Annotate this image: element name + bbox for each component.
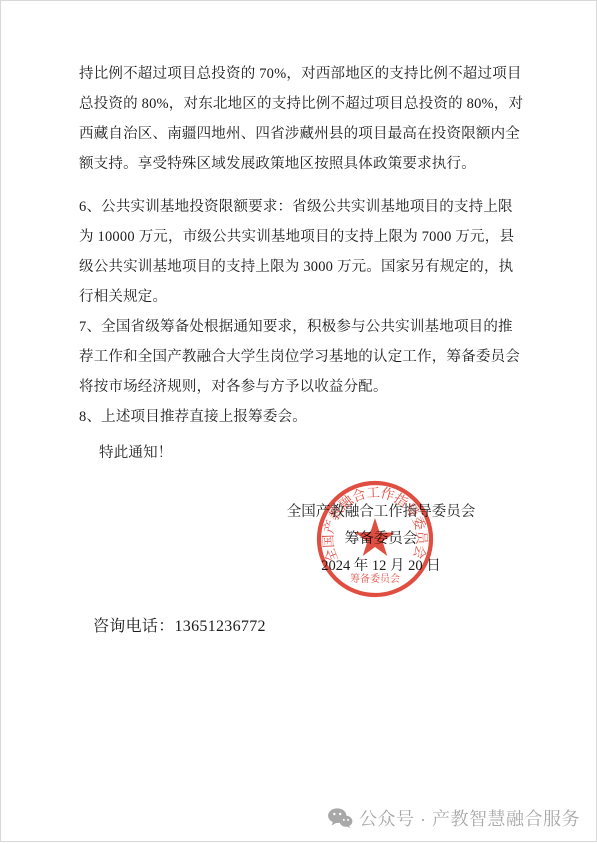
document-line: 为 10000 万元，市级公共实训基地项目的支持上限为 7000 万元，县 xyxy=(79,222,524,252)
document-line: 7、全国省级筹备处根据通知要求，积极参与公共实训基地项目的推 xyxy=(79,312,524,342)
official-seal: 全国产教融合工作指导委员会 筹备委员会 xyxy=(315,479,435,599)
document-line: 8、上述项目推荐直接上报筹委会。 xyxy=(79,402,524,432)
footer-watermark: 公众号 · 产教智慧融合服务 xyxy=(1,795,596,841)
document-body: 持比例不超过项目总投资的 70%，对西部地区的支持比例不超过项目总投资的 80%… xyxy=(79,59,524,468)
footer-watermark-text: 公众号 · 产教智慧融合服务 xyxy=(359,805,580,831)
document-page: 持比例不超过项目总投资的 70%，对西部地区的支持比例不超过项目总投资的 80%… xyxy=(0,0,597,842)
document-line: 西藏自治区、南疆四地州、四省涉藏州县的项目最高在投资限额内全 xyxy=(79,119,524,149)
document-line: 将按市场经济规则，对各参与方予以收益分配。 xyxy=(79,372,524,402)
document-line: 特此通知！ xyxy=(79,438,524,468)
wechat-icon xyxy=(327,807,353,829)
document-line: 级公共实训基地项目的支持上限为 3000 万元。国家另有规定的，执 xyxy=(79,252,524,282)
document-line: 荐工作和全国产教融合大学生岗位学习基地的认定工作，筹备委员会 xyxy=(79,342,524,372)
document-line: 行相关规定。 xyxy=(79,282,524,312)
document-line: 持比例不超过项目总投资的 70%，对西部地区的支持比例不超过项目 xyxy=(79,59,524,89)
document-line: 总投资的 80%，对东北地区的支持比例不超过项目总投资的 80%，对 xyxy=(79,89,524,119)
document-line: 6、公共实训基地投资限额要求：省级公共实训基地项目的支持上限 xyxy=(79,192,524,222)
star-icon xyxy=(355,518,395,556)
contact-phone-line: 咨询电话：13651236772 xyxy=(93,613,266,641)
document-line: 额支持。享受特殊区域发展政策地区按照具体政策要求执行。 xyxy=(79,149,524,179)
seal-bottom-text: 筹备委员会 xyxy=(350,572,400,585)
